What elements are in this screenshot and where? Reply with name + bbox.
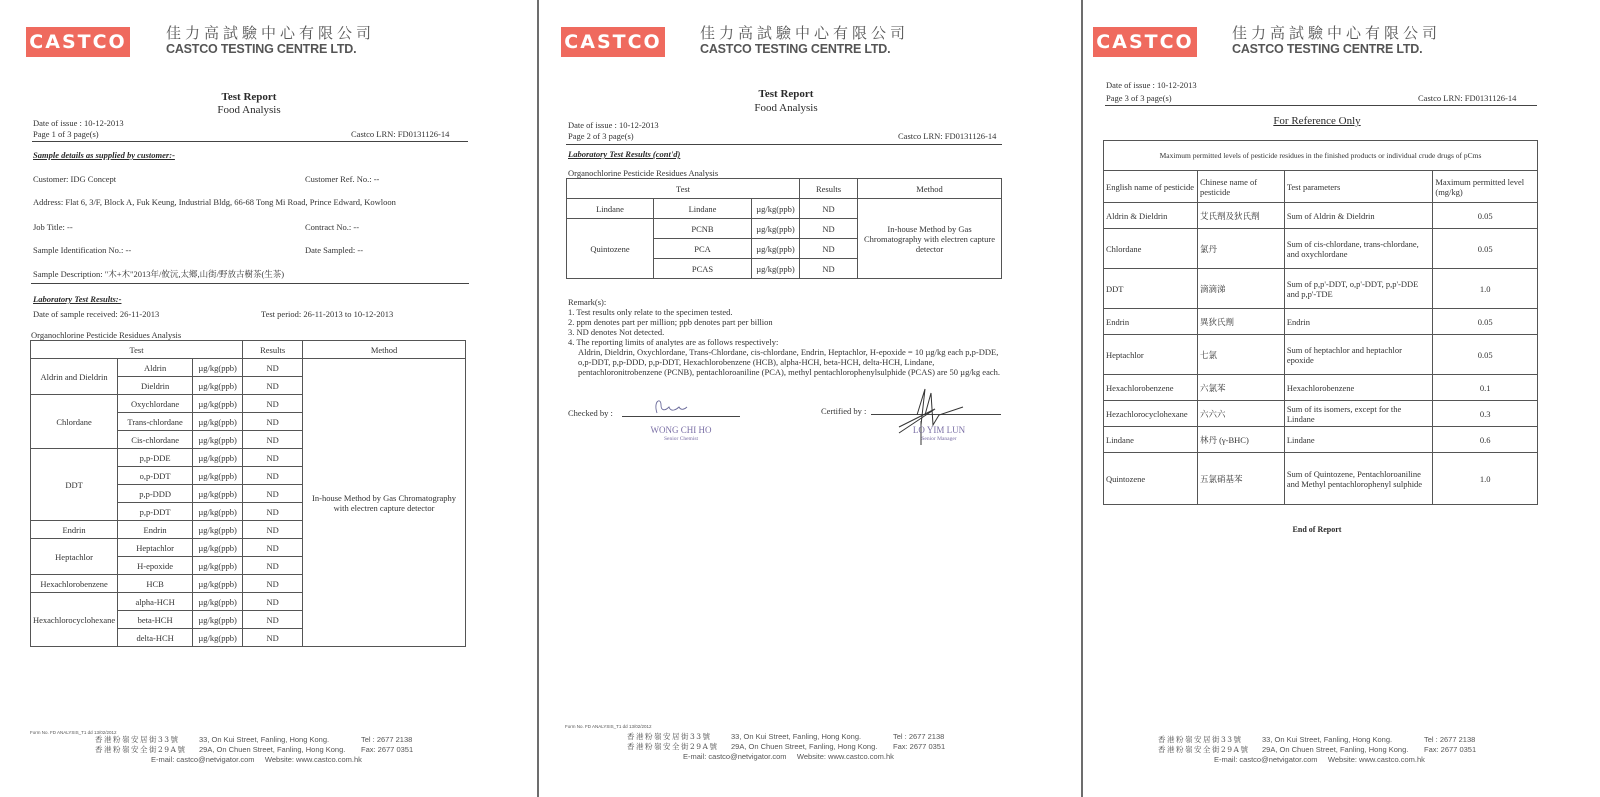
english-name: Endrin bbox=[1104, 309, 1198, 335]
page-label: Page 3 of 3 page(s) bbox=[1106, 93, 1172, 103]
unit: µg/kg(ppb) bbox=[752, 259, 800, 279]
company-name-en: CASTCO TESTING CENTRE LTD. bbox=[166, 42, 356, 56]
analyte: delta-HCH bbox=[118, 629, 193, 647]
result: ND bbox=[243, 449, 303, 467]
chinese-name: 氯丹 bbox=[1197, 229, 1284, 269]
test-parameters: Lindane bbox=[1284, 427, 1433, 453]
footer-address-en: 33, On Kui Street, Fanling, Hong Kong. bbox=[731, 732, 893, 742]
max-level: 0.3 bbox=[1433, 401, 1538, 427]
company-name-cn: 佳力高試驗中心有限公司 bbox=[700, 22, 909, 43]
result: ND bbox=[800, 219, 858, 239]
castco-logo: CASTCO bbox=[561, 27, 665, 57]
analysis-title: Organochlorine Pesticide Residues Analys… bbox=[568, 168, 718, 178]
column-header: Test parameters bbox=[1284, 171, 1433, 203]
unit: µg/kg(ppb) bbox=[193, 395, 243, 413]
header-method: Method bbox=[303, 341, 466, 359]
footer-line: 香港粉嶺安全街29A號29A, On Chuen Street, Fanling… bbox=[95, 745, 413, 755]
footer-address-en: 29A, On Chuen Street, Fanling, Hong Kong… bbox=[731, 742, 893, 752]
reference-title: For Reference Only bbox=[1217, 115, 1417, 127]
result: ND bbox=[243, 485, 303, 503]
unit: µg/kg(ppb) bbox=[193, 539, 243, 557]
lab-results-heading: Laboratory Test Results:- bbox=[33, 294, 121, 304]
job-title: Job Title: -- bbox=[33, 222, 73, 232]
result: ND bbox=[800, 199, 858, 219]
certified-by-name: LO YIM LUN bbox=[894, 425, 984, 435]
analyte: PCAS bbox=[654, 259, 752, 279]
remark-item: 4. The reporting limits of analytes are … bbox=[568, 337, 1008, 347]
footer-contact: E-mail: castco@netvigator.com Website: w… bbox=[1158, 755, 1476, 765]
footer-line: 香港粉嶺安居街33號33, On Kui Street, Fanling, Ho… bbox=[95, 735, 413, 745]
unit: µg/kg(ppb) bbox=[193, 467, 243, 485]
analyte: PCA bbox=[654, 239, 752, 259]
result: ND bbox=[243, 539, 303, 557]
header-rule bbox=[1105, 105, 1537, 106]
result: ND bbox=[800, 259, 858, 279]
form-number: Form No. FD ANALYSIS_T1 dd 13/02/2012 bbox=[565, 724, 651, 729]
test-parameters: Sum of heptachlor and heptachlor epoxide bbox=[1284, 335, 1433, 375]
date-of-issue: Date of issue : 10-12-2013 bbox=[1106, 80, 1197, 90]
analyte: Aldrin bbox=[118, 359, 193, 377]
test-group: Quintozene bbox=[567, 219, 654, 279]
footer-line: 香港粉嶺安全街29A號29A, On Chuen Street, Fanling… bbox=[627, 742, 945, 752]
result: ND bbox=[243, 593, 303, 611]
checked-by-role: Senior Chemist bbox=[636, 436, 726, 442]
remark-item: 3. ND denotes Not detected. bbox=[568, 327, 1008, 337]
chinese-name: 五氯硝基苯 bbox=[1197, 453, 1284, 505]
header-method: Method bbox=[858, 179, 1002, 199]
footer-contact: E-mail: castco@netvigator.com Website: w… bbox=[627, 752, 945, 762]
checked-signature bbox=[651, 395, 691, 417]
remark-detail: Aldrin, Dieldrin, Oxychlordane, Trans-Ch… bbox=[568, 347, 1008, 377]
company-name-en: CASTCO TESTING CENTRE LTD. bbox=[1232, 42, 1422, 56]
result: ND bbox=[243, 431, 303, 449]
unit: µg/kg(ppb) bbox=[193, 413, 243, 431]
footer-address-en: 33, On Kui Street, Fanling, Hong Kong. bbox=[1262, 735, 1424, 745]
sample-details-heading: Sample details as supplied by customer:- bbox=[33, 150, 175, 160]
analyte: Endrin bbox=[118, 521, 193, 539]
certified-by-label: Certified by : bbox=[821, 406, 866, 416]
table-row: Lindane林丹 (γ-BHC)Lindane0.6 bbox=[1104, 427, 1538, 453]
unit: µg/kg(ppb) bbox=[193, 449, 243, 467]
certified-by-role: Senior Manager bbox=[894, 436, 984, 442]
result: ND bbox=[243, 557, 303, 575]
report-page-1: CASTCO 佳力高試驗中心有限公司 CASTCO TESTING CENTRE… bbox=[0, 0, 537, 797]
result: ND bbox=[243, 377, 303, 395]
header-rule bbox=[566, 144, 1002, 145]
footer-line: 香港粉嶺安居街33號33, On Kui Street, Fanling, Ho… bbox=[1158, 735, 1476, 745]
table-row: DDT滴滴涕Sum of p,p'-DDT, o,p'-DDT, p,p'-DD… bbox=[1104, 269, 1538, 309]
column-header: English name of pesticide bbox=[1104, 171, 1198, 203]
method: In-house Method by Gas Chromatography wi… bbox=[858, 199, 1002, 279]
analyte: PCNB bbox=[654, 219, 752, 239]
page-footer: 香港粉嶺安居街33號33, On Kui Street, Fanling, Ho… bbox=[1158, 735, 1476, 765]
test-group: Hexachlorocyclohexane bbox=[31, 593, 118, 647]
table-caption-row: Maximum permitted levels of pesticide re… bbox=[1104, 141, 1538, 171]
table-row: Chlordane氯丹Sum of cis-chlordane, trans-c… bbox=[1104, 229, 1538, 269]
result: ND bbox=[243, 521, 303, 539]
footer-line: 香港粉嶺安全街29A號29A, On Chuen Street, Fanling… bbox=[1158, 745, 1476, 755]
english-name: Aldrin & Dieldrin bbox=[1104, 203, 1198, 229]
page-footer: 香港粉嶺安居街33號33, On Kui Street, Fanling, Ho… bbox=[95, 735, 413, 765]
english-name: Chlordane bbox=[1104, 229, 1198, 269]
table-row: Hexachlorobenzene六氯苯Hexachlorobenzene0.1 bbox=[1104, 375, 1538, 401]
max-level: 0.05 bbox=[1433, 203, 1538, 229]
pesticide-results-table: TestResultsMethodAldrin and DieldrinAldr… bbox=[30, 340, 466, 647]
unit: µg/kg(ppb) bbox=[752, 239, 800, 259]
end-of-report: End of Report bbox=[1217, 525, 1417, 534]
unit: µg/kg(ppb) bbox=[193, 485, 243, 503]
analyte: Oxychlordane bbox=[118, 395, 193, 413]
max-level: 1.0 bbox=[1433, 453, 1538, 505]
result: ND bbox=[243, 467, 303, 485]
test-group: DDT bbox=[31, 449, 118, 521]
table-row: Aldrin and DieldrinAldrinµg/kg(ppb)NDIn-… bbox=[31, 359, 466, 377]
footer-address-cn: 香港粉嶺安全街29A號 bbox=[627, 742, 731, 752]
checked-by-label: Checked by : bbox=[568, 408, 613, 418]
company-name-en: CASTCO TESTING CENTRE LTD. bbox=[700, 42, 890, 56]
unit: µg/kg(ppb) bbox=[193, 377, 243, 395]
table-row: Heptachlor七氯Sum of heptachlor and heptac… bbox=[1104, 335, 1538, 375]
header-rule bbox=[32, 141, 468, 142]
table-row: Hezachlorocyclohexane六六六Sum of its isome… bbox=[1104, 401, 1538, 427]
result: ND bbox=[800, 239, 858, 259]
chinese-name: 滴滴涕 bbox=[1197, 269, 1284, 309]
test-parameters: Endrin bbox=[1284, 309, 1433, 335]
footer-address-cn: 香港粉嶺安居街33號 bbox=[627, 732, 731, 742]
chinese-name: 林丹 (γ-BHC) bbox=[1197, 427, 1284, 453]
table-row: LindaneLindaneµg/kg(ppb)NDIn-house Metho… bbox=[567, 199, 1002, 219]
table-header-row: TestResultsMethod bbox=[567, 179, 1002, 199]
customer: Customer: IDG Concept bbox=[33, 174, 116, 184]
checked-by-name: WONG CHI HO bbox=[636, 425, 726, 435]
castco-lrn: Castco LRN: FD0131126-14 bbox=[898, 131, 996, 141]
unit: µg/kg(ppb) bbox=[193, 503, 243, 521]
footer-fax: Fax: 2677 0351 bbox=[893, 742, 945, 751]
analyte: o,p-DDT bbox=[118, 467, 193, 485]
unit: µg/kg(ppb) bbox=[193, 431, 243, 449]
chinese-name: 六六六 bbox=[1197, 401, 1284, 427]
test-group: Endrin bbox=[31, 521, 118, 539]
table-row: Endrin異狄氏劑Endrin0.05 bbox=[1104, 309, 1538, 335]
chinese-name: 異狄氏劑 bbox=[1197, 309, 1284, 335]
pesticide-results-table: TestResultsMethodLindaneLindaneµg/kg(ppb… bbox=[566, 178, 1002, 279]
remark-item: 2. ppm denotes part per million; ppb den… bbox=[568, 317, 1008, 327]
chinese-name: 七氯 bbox=[1197, 335, 1284, 375]
max-level: 0.05 bbox=[1433, 229, 1538, 269]
footer-address-cn: 香港粉嶺安全街29A號 bbox=[1158, 745, 1262, 755]
analyte: p,p-DDD bbox=[118, 485, 193, 503]
analyte: Heptachlor bbox=[118, 539, 193, 557]
test-parameters: Sum of Aldrin & Dieldrin bbox=[1284, 203, 1433, 229]
test-group: Aldrin and Dieldrin bbox=[31, 359, 118, 395]
footer-fax: Fax: 2677 0351 bbox=[1424, 745, 1476, 754]
sample-id: Sample Identification No.: -- bbox=[33, 245, 131, 255]
column-header: Chinese name of pesticide bbox=[1197, 171, 1284, 203]
unit: µg/kg(ppb) bbox=[193, 629, 243, 647]
footer-line: 香港粉嶺安居街33號33, On Kui Street, Fanling, Ho… bbox=[627, 732, 945, 742]
test-group: Heptachlor bbox=[31, 539, 118, 575]
table-row: Quintozene五氯硝基苯Sum of Quintozene, Pentac… bbox=[1104, 453, 1538, 505]
analyte: beta-HCH bbox=[118, 611, 193, 629]
table-caption: Maximum permitted levels of pesticide re… bbox=[1104, 141, 1538, 171]
footer-tel: Tel : 2677 2138 bbox=[361, 735, 412, 744]
test-group: Chlordane bbox=[31, 395, 118, 449]
company-name-cn: 佳力高試驗中心有限公司 bbox=[166, 22, 375, 43]
header-results: Results bbox=[243, 341, 303, 359]
max-permitted-levels-table: Maximum permitted levels of pesticide re… bbox=[1103, 140, 1538, 505]
unit: µg/kg(ppb) bbox=[193, 557, 243, 575]
page-label: Page 1 of 3 page(s) bbox=[33, 129, 99, 139]
analyte: Cis-chlordane bbox=[118, 431, 193, 449]
english-name: Quintozene bbox=[1104, 453, 1198, 505]
report-subtitle: Food Analysis bbox=[686, 102, 886, 114]
column-header: Maximum permitted level (mg/kg) bbox=[1433, 171, 1538, 203]
english-name: Hezachlorocyclohexane bbox=[1104, 401, 1198, 427]
page-footer: 香港粉嶺安居街33號33, On Kui Street, Fanling, Ho… bbox=[627, 732, 945, 762]
test-period: Test period: 26-11-2013 to 10-12-2013 bbox=[261, 309, 393, 319]
unit: µg/kg(ppb) bbox=[193, 593, 243, 611]
analyte: Trans-chlordane bbox=[118, 413, 193, 431]
contract-no: Contract No.: -- bbox=[305, 222, 359, 232]
footer-address-cn: 香港粉嶺安居街33號 bbox=[95, 735, 199, 745]
unit: µg/kg(ppb) bbox=[752, 199, 800, 219]
date-of-issue: Date of issue : 10-12-2013 bbox=[33, 118, 124, 128]
remark-item: 1. Test results only relate to the speci… bbox=[568, 307, 1008, 317]
test-parameters: Hexachlorobenzene bbox=[1284, 375, 1433, 401]
header-test: Test bbox=[567, 179, 800, 199]
remarks-title: Remark(s): bbox=[568, 297, 1008, 307]
english-name: Heptachlor bbox=[1104, 335, 1198, 375]
max-level: 0.05 bbox=[1433, 335, 1538, 375]
test-parameters: Sum of cis-chlordane, trans-chlordane, a… bbox=[1284, 229, 1433, 269]
date-received: Date of sample received: 26-11-2013 bbox=[33, 309, 159, 319]
analyte: H-epoxide bbox=[118, 557, 193, 575]
footer-tel: Tel : 2677 2138 bbox=[1424, 735, 1475, 744]
footer-tel: Tel : 2677 2138 bbox=[893, 732, 944, 741]
test-group: Hexachlorobenzene bbox=[31, 575, 118, 593]
result: ND bbox=[243, 359, 303, 377]
remarks: Remark(s):1. Test results only relate to… bbox=[568, 297, 1008, 377]
unit: µg/kg(ppb) bbox=[193, 521, 243, 539]
chinese-name: 艾氏劑及狄氏劑 bbox=[1197, 203, 1284, 229]
report-title: Test Report bbox=[149, 91, 349, 103]
result: ND bbox=[243, 395, 303, 413]
customer-ref: Customer Ref. No.: -- bbox=[305, 174, 379, 184]
max-level: 0.1 bbox=[1433, 375, 1538, 401]
report-title: Test Report bbox=[686, 88, 886, 100]
castco-logo: CASTCO bbox=[26, 27, 130, 57]
english-name: DDT bbox=[1104, 269, 1198, 309]
footer-contact: E-mail: castco@netvigator.com Website: w… bbox=[95, 755, 413, 765]
header-results: Results bbox=[800, 179, 858, 199]
unit: µg/kg(ppb) bbox=[193, 611, 243, 629]
english-name: Hexachlorobenzene bbox=[1104, 375, 1198, 401]
test-parameters: Sum of its isomers, except for the Linda… bbox=[1284, 401, 1433, 427]
footer-address-en: 29A, On Chuen Street, Fanling, Hong Kong… bbox=[199, 745, 361, 755]
report-subtitle: Food Analysis bbox=[149, 104, 349, 116]
company-name-cn: 佳力高試驗中心有限公司 bbox=[1232, 22, 1441, 43]
page-label: Page 2 of 3 page(s) bbox=[568, 131, 634, 141]
header-test: Test bbox=[31, 341, 243, 359]
unit: µg/kg(ppb) bbox=[193, 575, 243, 593]
analyte: Lindane bbox=[654, 199, 752, 219]
castco-logo: CASTCO bbox=[1093, 27, 1197, 57]
report-page-2: CASTCO 佳力高試驗中心有限公司 CASTCO TESTING CENTRE… bbox=[539, 0, 1081, 797]
footer-address-en: 33, On Kui Street, Fanling, Hong Kong. bbox=[199, 735, 361, 745]
result: ND bbox=[243, 629, 303, 647]
unit: µg/kg(ppb) bbox=[752, 219, 800, 239]
footer-address-en: 29A, On Chuen Street, Fanling, Hong Kong… bbox=[1262, 745, 1424, 755]
result: ND bbox=[243, 413, 303, 431]
method: In-house Method by Gas Chromatography wi… bbox=[303, 359, 466, 647]
table-row: Aldrin & Dieldrin艾氏劑及狄氏劑Sum of Aldrin & … bbox=[1104, 203, 1538, 229]
date-of-issue: Date of issue : 10-12-2013 bbox=[568, 120, 659, 130]
castco-lrn: Castco LRN: FD0131126-14 bbox=[1418, 93, 1516, 103]
analyte: alpha-HCH bbox=[118, 593, 193, 611]
unit: µg/kg(ppb) bbox=[193, 359, 243, 377]
result: ND bbox=[243, 575, 303, 593]
analyte: HCB bbox=[118, 575, 193, 593]
chinese-name: 六氯苯 bbox=[1197, 375, 1284, 401]
sample-description: Sample Description: "木+木"2013年/攸沅,太鄉,山街/… bbox=[33, 268, 284, 280]
analyte: Dieldrin bbox=[118, 377, 193, 395]
result: ND bbox=[243, 611, 303, 629]
max-level: 0.05 bbox=[1433, 309, 1538, 335]
footer-address-cn: 香港粉嶺安居街33號 bbox=[1158, 735, 1262, 745]
test-parameters: Sum of Quintozene, Pentachloroaniline an… bbox=[1284, 453, 1433, 505]
max-level: 0.6 bbox=[1433, 427, 1538, 453]
max-level: 1.0 bbox=[1433, 269, 1538, 309]
english-name: Lindane bbox=[1104, 427, 1198, 453]
lab-results-heading: Laboratory Test Results (cont'd) bbox=[568, 149, 680, 159]
date-sampled: Date Sampled: -- bbox=[305, 245, 363, 255]
castco-lrn: Castco LRN: FD0131126-14 bbox=[351, 129, 449, 139]
report-page-3: CASTCO 佳力高試驗中心有限公司 CASTCO TESTING CENTRE… bbox=[1083, 0, 1600, 797]
table-header-row: TestResultsMethod bbox=[31, 341, 466, 359]
test-group: Lindane bbox=[567, 199, 654, 219]
footer-fax: Fax: 2677 0351 bbox=[361, 745, 413, 754]
result: ND bbox=[243, 503, 303, 521]
analyte: p,p-DDT bbox=[118, 503, 193, 521]
analyte: p,p-DDE bbox=[118, 449, 193, 467]
address: Address: Flat 6, 3/F, Block A, Fuk Keung… bbox=[33, 197, 396, 207]
test-parameters: Sum of p,p'-DDT, o,p'-DDT, p,p'-DDE and … bbox=[1284, 269, 1433, 309]
footer-address-cn: 香港粉嶺安全街29A號 bbox=[95, 745, 199, 755]
sample-rule bbox=[31, 283, 469, 284]
analysis-title: Organochlorine Pesticide Residues Analys… bbox=[31, 330, 181, 340]
table-header-row: English name of pesticideChinese name of… bbox=[1104, 171, 1538, 203]
